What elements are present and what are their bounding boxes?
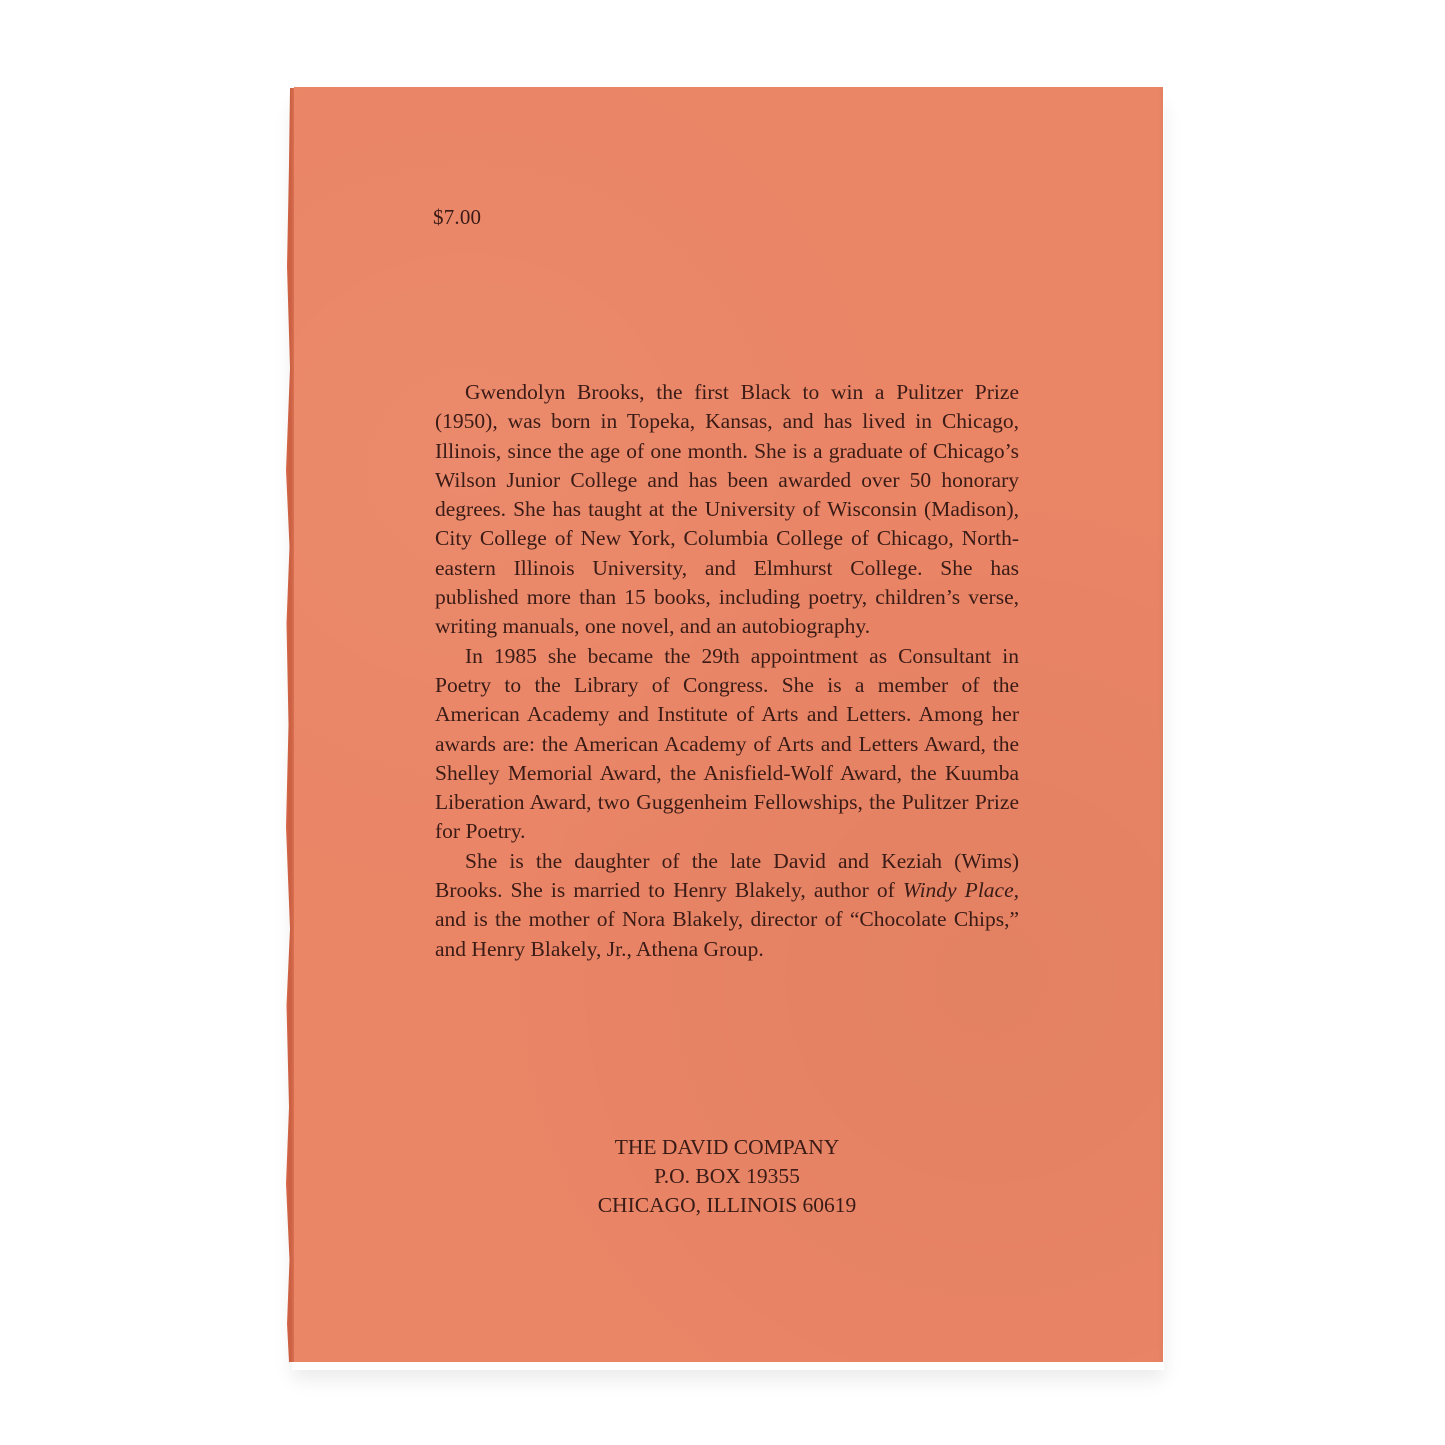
booklet-right-edge xyxy=(1158,87,1163,1362)
price-label: $7.00 xyxy=(433,205,481,230)
bio-paragraph-1: Gwendolyn Brooks, the first Black to win… xyxy=(435,378,1019,642)
bio-paragraph-3-end: and is the mother of Nora Blakely, direc… xyxy=(435,907,1019,960)
publisher-name: THE DAVID COMPANY xyxy=(435,1133,1019,1162)
photo-stage: $7.00 Gwendolyn Brooks, the first Black … xyxy=(0,0,1445,1445)
publisher-city: CHICAGO, ILLINOIS 60619 xyxy=(435,1191,1019,1220)
author-biography: Gwendolyn Brooks, the first Black to win… xyxy=(435,378,1019,964)
bio-paragraph-3: She is the daughter of the late David an… xyxy=(435,847,1019,964)
publisher-po-box: P.O. BOX 19355 xyxy=(435,1162,1019,1191)
book-title-windy-place: Windy Place, xyxy=(903,878,1019,902)
bio-paragraph-2: In 1985 she became the 29th appointment … xyxy=(435,642,1019,847)
publisher-address: THE DAVID COMPANY P.O. BOX 19355 CHICAGO… xyxy=(435,1133,1019,1220)
